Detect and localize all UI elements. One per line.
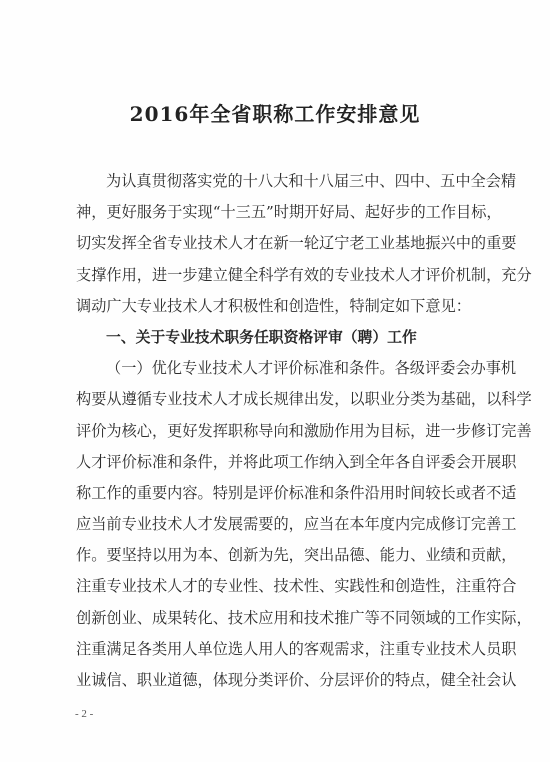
- paragraph-line: 切实发挥全省专业技术人才在新一轮辽宁老工业基地振兴中的重要: [76, 228, 476, 259]
- paragraph-line: 应当前专业技术人才发展需要的，应当在本年度内完成修订完善工: [76, 509, 476, 540]
- paragraph-line: 评价为核心，更好发挥职称导向和激励作用为目标，进一步修订完善: [76, 416, 476, 447]
- paragraph-line: 注重满足各类用人单位选人用人的客观需求，注重专业技术人员职: [76, 634, 476, 665]
- paragraph-line: 构要从遵循专业技术人才成长规律出发，以职业分类为基础，以科学: [76, 384, 476, 415]
- paragraph-line: 神，更好服务于实现“十三五”时期开好局、起好步的工作目标，: [76, 197, 476, 228]
- document-body: 为认真贯彻落实党的十八大和十八届三中、四中、五中全会精 神，更好服务于实现“十三…: [76, 166, 476, 696]
- paragraph-line: 称工作的重要内容。特别是评价标准和条件沿用时间较长或者不适: [76, 478, 476, 509]
- page-number: - 2 -: [75, 708, 93, 720]
- paragraph-line: 注重专业技术人才的专业性、技术性、实践性和创造性，注重符合: [76, 571, 476, 602]
- paragraph-line: 调动广大专业技术人才积极性和创造性，特制定如下意见：: [76, 291, 476, 322]
- document-page: 2016年全省职称工作安排意见 为认真贯彻落实党的十八大和十八届三中、四中、五中…: [0, 0, 550, 762]
- document-title: 2016年全省职称工作安排意见: [0, 98, 550, 127]
- section-heading: 一、关于专业技术职务任职资格评审（聘）工作: [76, 322, 476, 353]
- paragraph-line: 作。要坚持以用为本、创新为先，突出品德、能力、业绩和贡献，: [76, 540, 476, 571]
- paragraph-line: 创新创业、成果转化、技术应用和技术推广等不同领域的工作实际，: [76, 603, 476, 634]
- paragraph-line: 为认真贯彻落实党的十八大和十八届三中、四中、五中全会精: [76, 166, 476, 197]
- subsection-line: （一）优化专业技术人才评价标准和条件。各级评委会办事机: [76, 353, 476, 384]
- paragraph-line: 支撑作用，进一步建立健全科学有效的专业技术人才评价机制，充分: [76, 260, 476, 291]
- paragraph-line: 业诚信、职业道德，体现分类评价、分层评价的特点，健全社会认: [76, 665, 476, 696]
- paragraph-line: 人才评价标准和条件，并将此项工作纳入到全年各自评委会开展职: [76, 447, 476, 478]
